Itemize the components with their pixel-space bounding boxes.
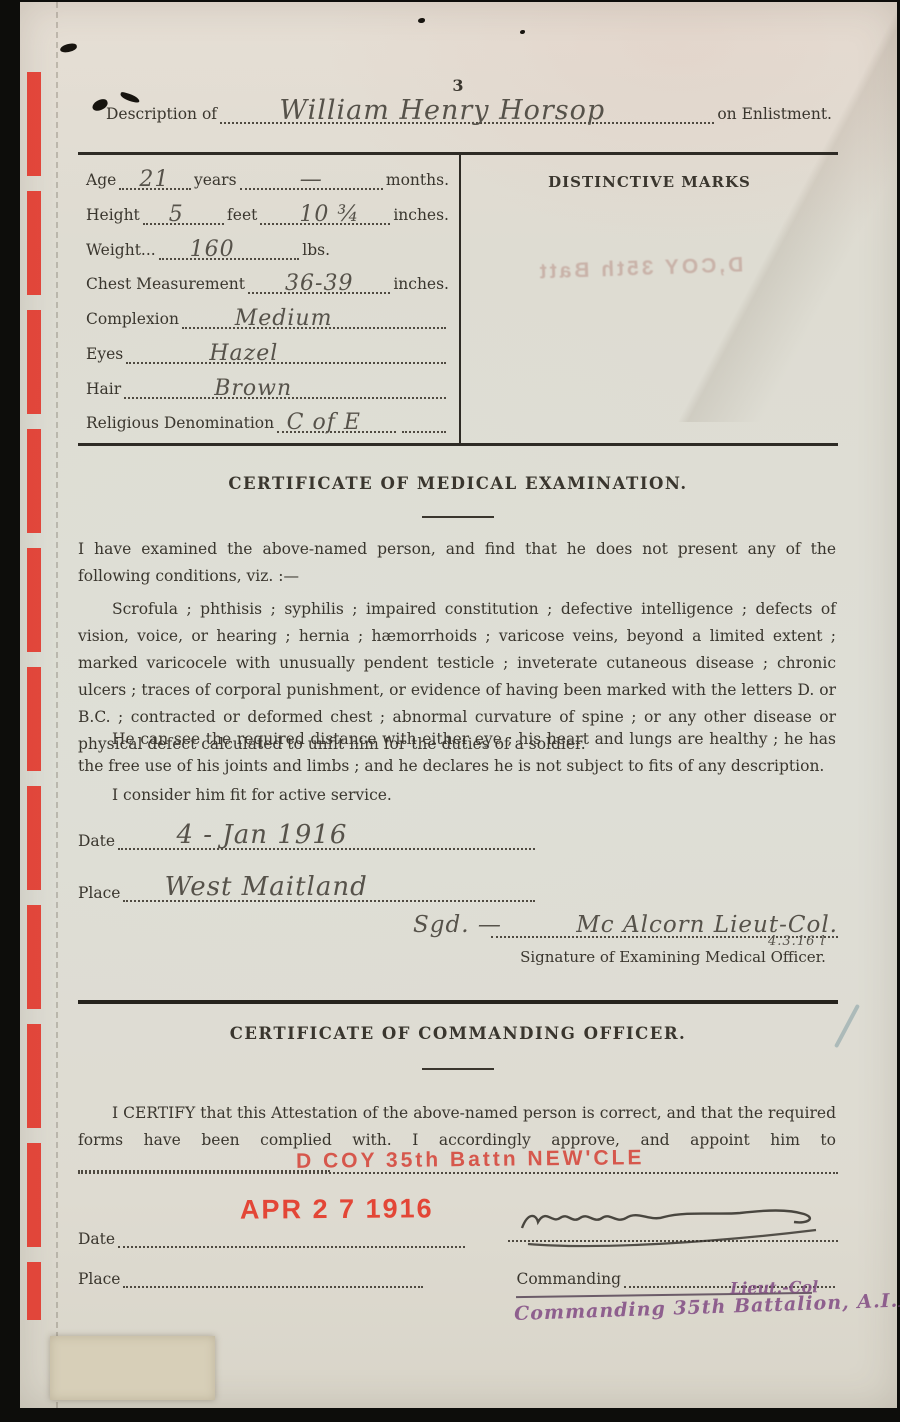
eyes-value: Hazel <box>209 341 278 366</box>
age-value: 21 <box>139 167 169 192</box>
inches-label: inches. <box>393 206 449 225</box>
recruit-name-handwriting: William Henry Horsop <box>279 95 605 126</box>
complexion-value: Medium <box>235 306 333 331</box>
medical-signature-caption: Signature of Examining Medical Officer. <box>508 948 838 966</box>
perforation-line <box>56 2 58 1408</box>
date-handwriting: 4 - Jan 1916 <box>176 820 347 850</box>
table-row: Chest Measurement 36-39 inches. <box>86 271 449 295</box>
description-label: Description of <box>106 105 217 124</box>
commanding-label: Commanding <box>516 1270 621 1288</box>
complexion-label: Complexion <box>86 310 179 329</box>
distinctive-marks-cell: DISTINCTIVE MARKS D,COY 35th Batt <box>459 155 838 443</box>
medical-place-row: Place West Maitland <box>78 866 538 902</box>
fit-for-service-line: I consider him fit for active service. <box>78 782 836 809</box>
tape-patch <box>50 1336 215 1400</box>
chest-label: Chest Measurement <box>86 275 245 294</box>
weight-label: Weight... <box>86 241 156 260</box>
description-table-left: Age 21 years — months. Height 5 feet 10 … <box>78 155 459 443</box>
table-row: Complexion Medium <box>86 306 449 330</box>
religion-value: C of E <box>287 410 361 435</box>
section-divider <box>78 1000 838 1004</box>
name-line: William Henry Horsop <box>220 100 714 124</box>
description-header: Description of William Henry Horsop on E… <box>106 100 832 124</box>
ink-speck <box>418 18 425 23</box>
appointment-dotted-line <box>78 1172 838 1174</box>
signature-date-note: 4.3.16 l <box>768 934 826 949</box>
chest-inches-label: inches. <box>393 275 449 294</box>
co-date-label: Date <box>78 1230 115 1248</box>
table-row: Eyes Hazel <box>86 340 449 364</box>
table-row: Age 21 years — months. <box>86 167 449 191</box>
co-place-label: Place <box>78 1270 120 1288</box>
place-handwriting: West Maitland <box>165 872 368 902</box>
date-received-stamp: APR 2 7 1916 <box>240 1193 434 1225</box>
sgd-prefix: Sgd. — <box>413 912 502 938</box>
table-row: Weight... 160 lbs. <box>86 236 449 260</box>
appoint-to-leader <box>78 1156 330 1172</box>
medical-date-row: Date 4 - Jan 1916 <box>78 814 538 850</box>
page-number: 3 <box>78 76 838 95</box>
table-row: Height 5 feet 10 ¾ inches. <box>86 201 449 225</box>
hair-label: Hair <box>86 380 121 399</box>
months-value: — <box>300 167 323 192</box>
date-label: Date <box>78 832 115 850</box>
co-date-row: Date APR 2 7 1916 <box>78 1212 838 1248</box>
red-binding-stripes <box>27 72 41 1320</box>
co-place-row: Place Commanding <box>78 1264 838 1288</box>
bleedthrough-stamp: D,COY 35th Batt <box>475 251 806 287</box>
height-inches-value: 10 ¾ <box>299 202 359 227</box>
place-label: Place <box>78 884 120 902</box>
lbs-label: lbs. <box>302 241 330 260</box>
years-label: years <box>194 171 237 190</box>
section-rule <box>422 516 494 518</box>
medical-intro-paragraph: I have examined the above-named person, … <box>78 536 836 590</box>
ink-speck <box>520 30 525 34</box>
distinctive-marks-header: DISTINCTIVE MARKS <box>461 155 838 191</box>
feet-label: feet <box>227 206 257 225</box>
medical-certificate-title: CERTIFICATE OF MEDICAL EXAMINATION. <box>78 474 838 493</box>
weight-value: 160 <box>190 237 235 262</box>
co-certify-text: I CERTIFY that this Attestation of the a… <box>78 1104 836 1149</box>
document-page: 3 Description of William Henry Horsop on… <box>20 2 897 1408</box>
description-table: Age 21 years — months. Height 5 feet 10 … <box>78 152 838 446</box>
eyes-label: Eyes <box>86 345 123 364</box>
medical-health-paragraph: He can see the required distance with ei… <box>78 726 836 780</box>
chest-value: 36-39 <box>285 271 353 296</box>
table-row: Hair Brown <box>86 375 449 399</box>
age-label: Age <box>86 171 116 190</box>
section-rule <box>422 1068 494 1070</box>
co-certificate-title: CERTIFICATE OF COMMANDING OFFICER. <box>78 1024 838 1043</box>
table-row: Religious Denomination C of E <box>86 410 449 434</box>
on-enlistment-label: on Enlistment. <box>717 105 832 124</box>
height-label: Height <box>86 206 140 225</box>
height-feet-value: 5 <box>169 202 184 227</box>
religion-label: Religious Denomination <box>86 414 274 433</box>
commanding-officer-signature <box>508 1198 838 1254</box>
ink-blot <box>59 43 77 54</box>
months-label: months. <box>386 171 449 190</box>
hair-value: Brown <box>214 376 292 401</box>
unit-stamp: D COY 35th Battn NEW'CLE <box>296 1146 645 1174</box>
